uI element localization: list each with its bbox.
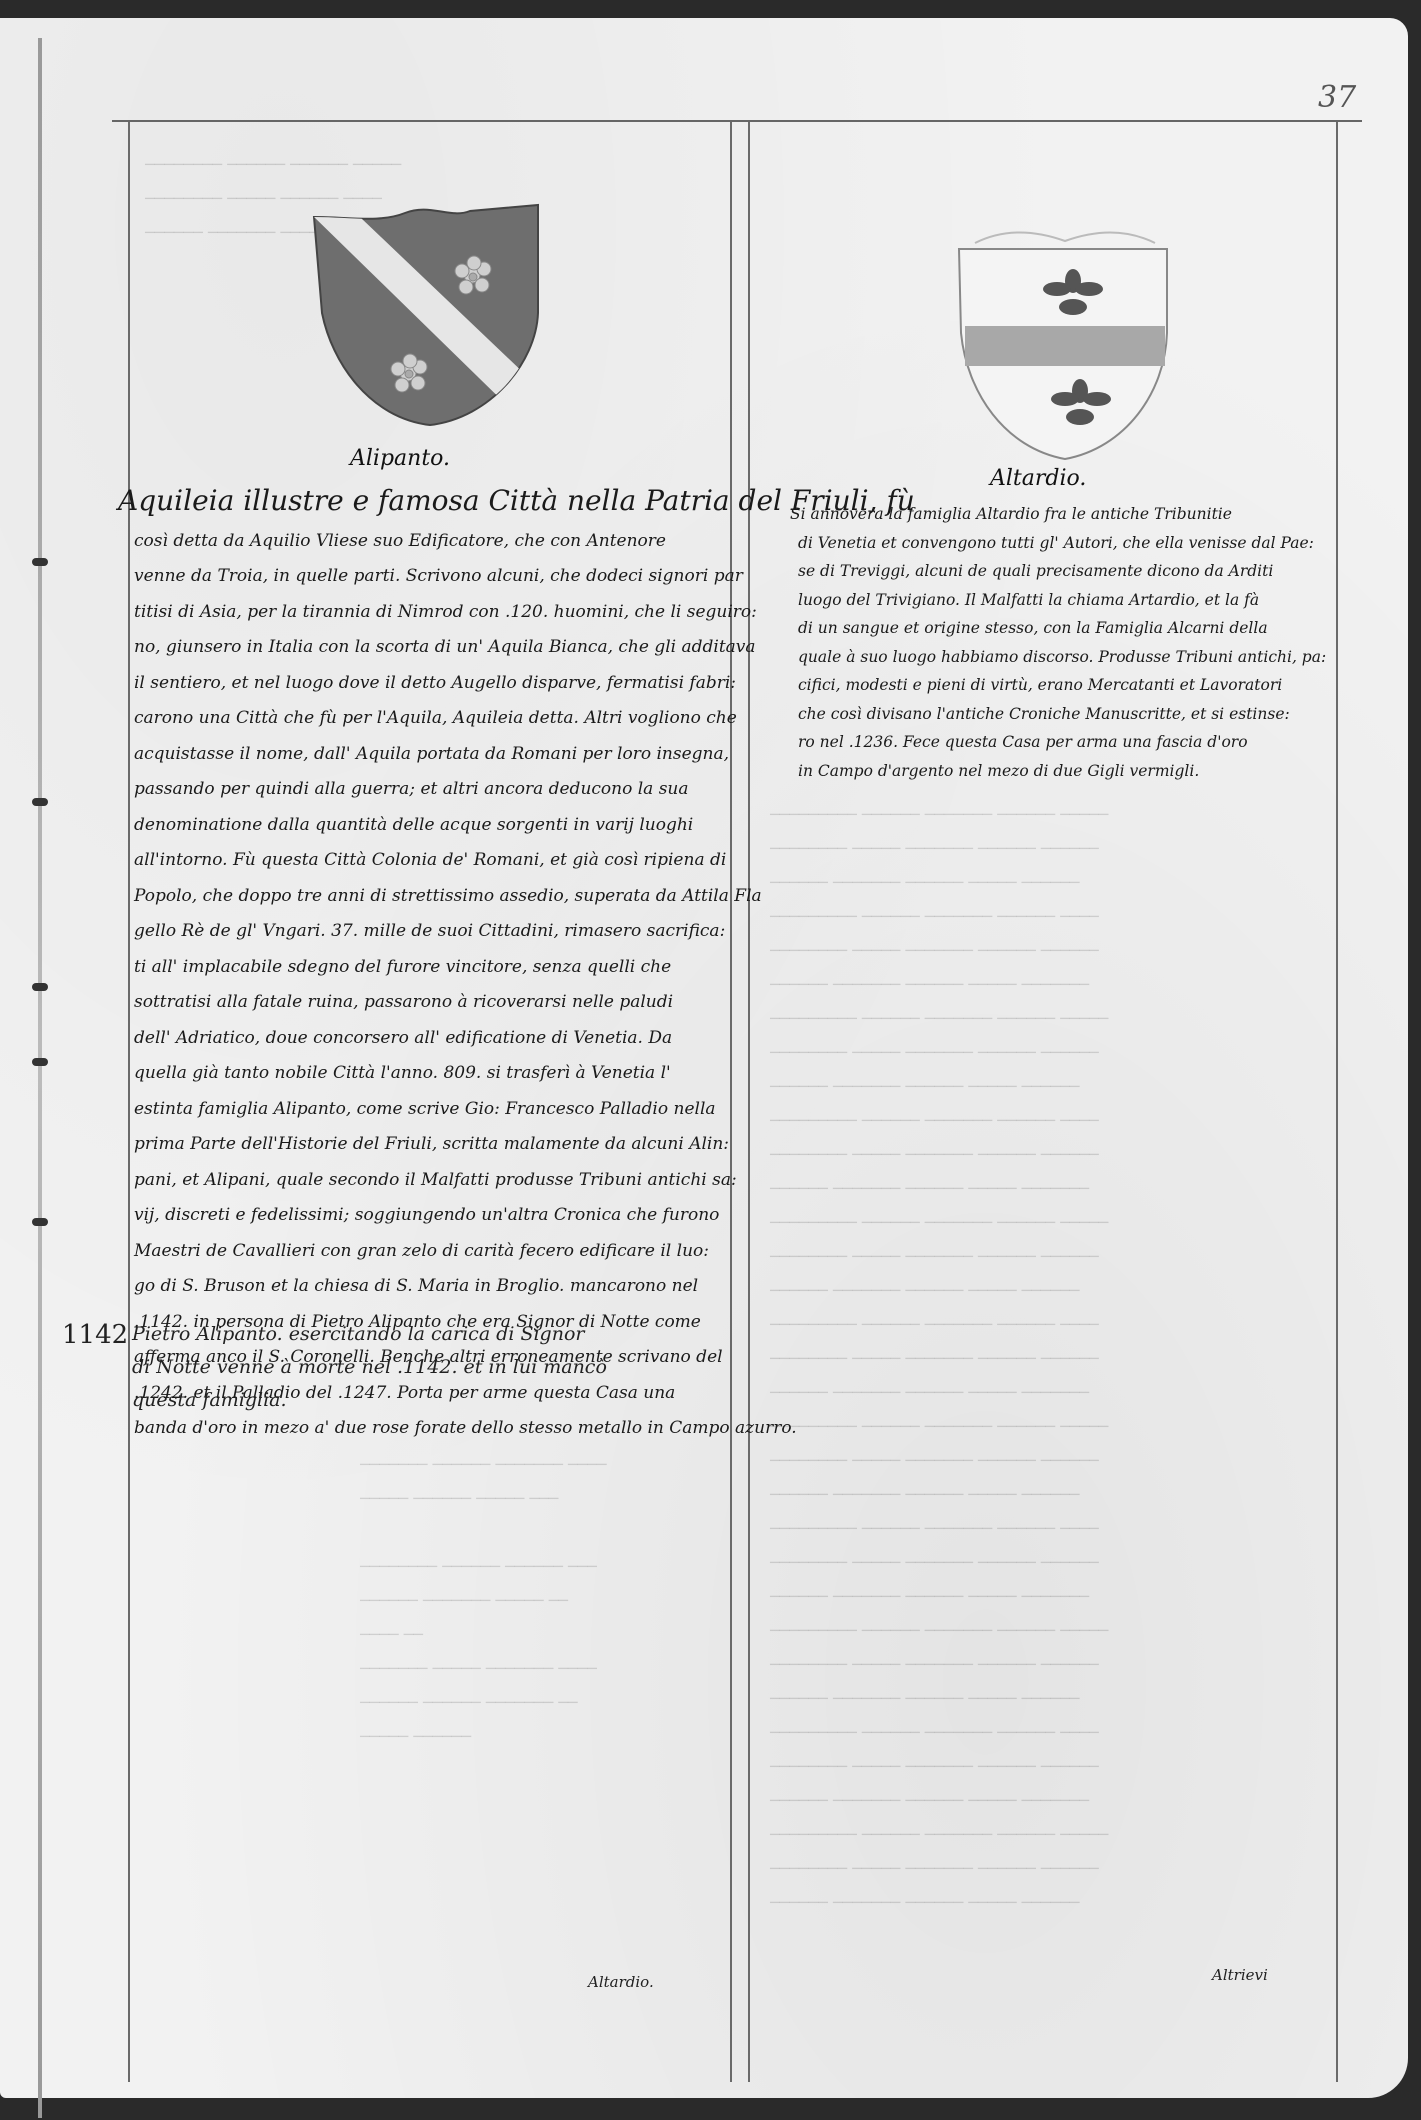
altardio-coat-of-arms [955, 223, 1185, 468]
binding-edge [38, 38, 42, 2118]
text-line: denominatione dalla quantità delle acque… [118, 808, 915, 844]
text-line: di Venetia et convengono tutti gl' Autor… [790, 529, 1326, 558]
note-line: di Notte venne à morte nel .1142. et in … [132, 1351, 607, 1384]
altardio-entry-text: Si annovera la famiglia Altardio fra le … [790, 500, 1326, 785]
text-line: se di Treviggi, alcuni de quali precisam… [790, 557, 1326, 586]
text-line: all'intorno. Fù questa Città Colonia de'… [118, 843, 915, 879]
text-line: che così divisano l'antiche Croniche Man… [790, 700, 1326, 729]
manuscript-page: 37 ──────── ────── ────── ───── ────────… [0, 18, 1408, 2098]
binding-stitch [32, 798, 48, 806]
text-line: Popolo, che doppo tre anni di strettissi… [118, 879, 915, 915]
margin-note: Pietro Alipanto. esercitando la carica d… [132, 1318, 607, 1417]
text-line: estinta famiglia Alipanto, come scrive G… [118, 1092, 915, 1128]
binding-stitch [32, 558, 48, 566]
text-line: luogo del Trivigiano. Il Malfatti la chi… [790, 586, 1326, 615]
text-line: cifici, modesti e pieni di virtù, erano … [790, 671, 1326, 700]
text-line: ro nel .1236. Fece questa Casa per arma … [790, 728, 1326, 757]
binding-stitch [32, 1218, 48, 1226]
binding-stitch [32, 983, 48, 991]
top-frame-rule [112, 120, 1362, 122]
altardio-family-name: Altardio. [990, 466, 1086, 491]
right-frame-rule [1336, 122, 1338, 2082]
bleed-through-text: ─────── ────── ─────── ──── ───── ──────… [360, 1448, 606, 1754]
text-line: quella già tanto nobile Città l'anno. 80… [118, 1056, 915, 1092]
margin-note-year: 1142 [62, 1320, 128, 1350]
text-line: di un sangue et origine stesso, con la F… [790, 614, 1326, 643]
text-line: gello Rè de gl' Vngari. 37. mille de suo… [118, 914, 915, 950]
note-line: Pietro Alipanto. esercitando la carica d… [132, 1318, 607, 1351]
text-line: Si annovera la famiglia Altardio fra le … [790, 500, 1326, 529]
right-catchword: Altrievi [1212, 1966, 1268, 1984]
binding-stitch [32, 1058, 48, 1066]
text-line: quale à suo luogo habbiamo discorso. Pro… [790, 643, 1326, 672]
alipanto-coat-of-arms [310, 203, 550, 433]
text-line: ti all' implacabile sdegno del furore vi… [118, 950, 915, 986]
note-line: questa famiglia. [132, 1384, 607, 1417]
text-line: pani, et Alipani, quale secondo il Malfa… [118, 1163, 915, 1199]
text-line: sottratisi alla fatale ruina, passarono … [118, 985, 915, 1021]
text-line: go di S. Bruson et la chiesa di S. Maria… [118, 1269, 915, 1305]
text-line: vij, discreti e fedelissimi; soggiungend… [118, 1198, 915, 1234]
page-number: 37 [1318, 80, 1356, 115]
alipanto-family-name: Alipanto. [350, 446, 450, 471]
text-line: dell' Adriatico, doue concorsero all' ed… [118, 1021, 915, 1057]
text-line: Maestri de Cavallieri con gran zelo di c… [118, 1234, 915, 1270]
text-line: in Campo d'argento nel mezo di due Gigli… [790, 757, 1326, 786]
text-line: prima Parte dell'Historie del Friuli, sc… [118, 1127, 915, 1163]
left-catchword: Altardio. [588, 1973, 654, 1991]
